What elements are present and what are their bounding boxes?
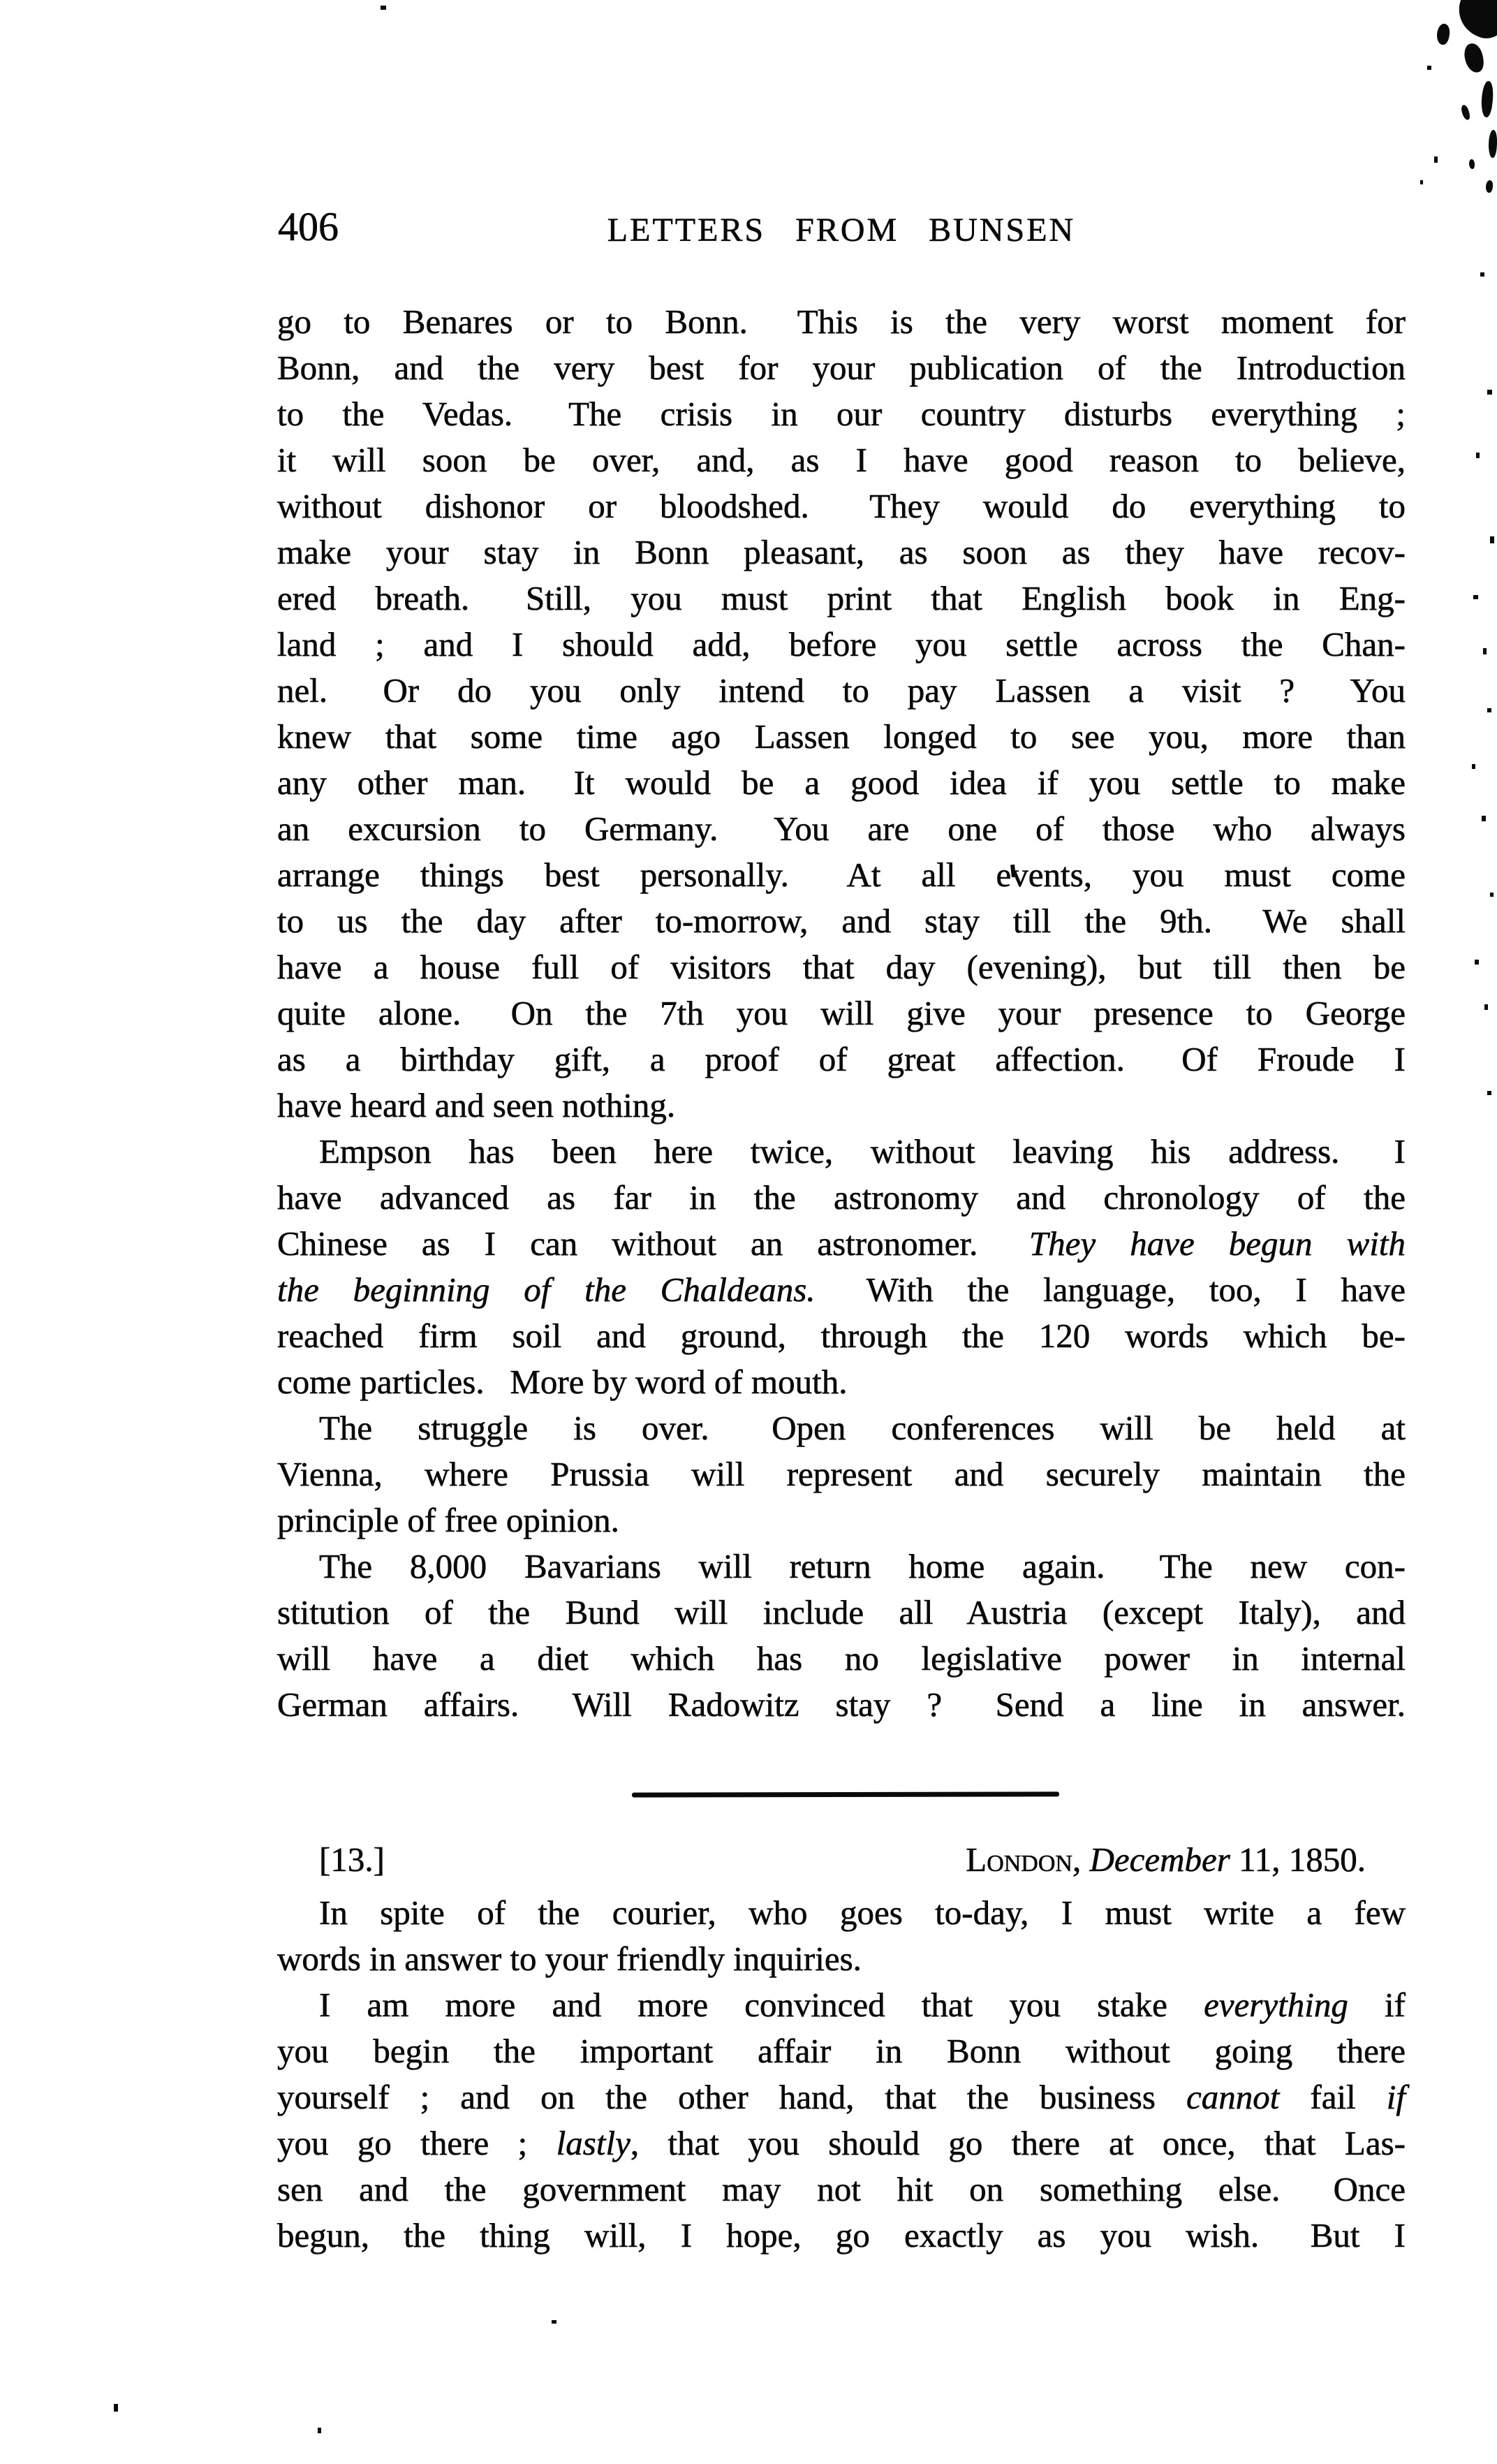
italic-text-run: if	[1387, 2078, 1406, 2116]
letter-number-label: [13.]	[277, 1837, 385, 1883]
text-line: ered breath. Still, you must print that …	[277, 575, 1406, 622]
ink-speck-artifact	[1484, 1004, 1488, 1010]
text-run: will have a diet which has no legislativ…	[277, 1639, 1406, 1678]
text-line: come particles. More by word of mouth.	[277, 1359, 1406, 1405]
text-run: Chinese as I can without an astronomer.	[277, 1224, 1029, 1263]
text-line: make your stay in Bonn pleasant, as soon…	[277, 529, 1406, 575]
text-run: , that you should go there at once, that…	[630, 2124, 1406, 2162]
ink-speck-artifact	[1487, 1091, 1491, 1095]
text-run: if	[1348, 1986, 1406, 2024]
text-line: The struggle is over. Open conferences w…	[277, 1405, 1406, 1451]
italic-text-run: lastly	[556, 2124, 630, 2162]
ink-blot-artifact	[1460, 104, 1470, 121]
ink-speck-artifact	[1434, 156, 1438, 163]
text-line: any other man. It would be a good idea i…	[277, 760, 1406, 806]
text-line: In spite of the courier, who goes to-day…	[277, 1890, 1406, 1936]
text-line: Vienna, where Prussia will represent and…	[277, 1451, 1406, 1497]
italic-text-run: cannot	[1186, 2078, 1279, 2116]
ink-speck-artifact	[381, 6, 386, 10]
text-line: will have a diet which has no legislativ…	[277, 1636, 1406, 1682]
book-page: 406 LETTERS FROM BUNSEN go to Benares or…	[0, 0, 1497, 2464]
italic-text-run: the beginning of the Chaldeans.	[277, 1270, 816, 1309]
text-run: come particles. More by word of mouth.	[277, 1363, 847, 1401]
text-run: to the Vedas. The crisis in our country …	[277, 395, 1406, 433]
text-run: have heard and seen nothing.	[277, 1086, 675, 1124]
text-line: German affairs. Will Radowitz stay ? Sen…	[277, 1682, 1406, 1728]
text-line: Bonn, and the very best for your publica…	[277, 345, 1406, 391]
text-run: With the language, too, I have	[816, 1270, 1406, 1309]
text-line: reached firm soil and ground, through th…	[277, 1313, 1406, 1359]
text-line: yourself ; and on the other hand, that t…	[277, 2074, 1406, 2120]
ink-speck-artifact	[1482, 816, 1486, 821]
text-run: words in answer to your friendly inquiri…	[277, 1939, 862, 1978]
text-run: Bonn, and the very best for your publica…	[277, 349, 1406, 387]
ink-blot-artifact	[1435, 22, 1452, 45]
text-line: quite alone. On the 7th you will give yo…	[277, 990, 1406, 1036]
text-line: arrange things best personally. At all e…	[277, 852, 1406, 898]
running-header: LETTERS FROM BUNSEN	[277, 214, 1406, 247]
text-run: fail	[1279, 2078, 1386, 2116]
ink-speck-artifact	[1475, 960, 1479, 965]
text-run: to us the day after to-morrow, and stay …	[277, 902, 1406, 940]
text-line: without dishonor or bloodshed. They woul…	[277, 483, 1406, 529]
text-run: 11, 1850.	[1230, 1840, 1366, 1879]
text-line: words in answer to your friendly inquiri…	[277, 1936, 1406, 1982]
text-line: as a birthday gift, a proof of great aff…	[277, 1036, 1406, 1083]
text-run: any other man. It would be a good idea i…	[277, 763, 1406, 802]
text-line: principle of free opinion.	[277, 1497, 1406, 1543]
text-run: have a house full of visitors that day (…	[277, 948, 1406, 986]
text-line: have heard and seen nothing.	[277, 1083, 1406, 1129]
ink-blot-artifact	[1488, 130, 1497, 159]
text-line: The 8,000 Bavarians will return home aga…	[277, 1543, 1406, 1590]
text-run: principle of free opinion.	[277, 1501, 619, 1539]
text-run: begun, the thing will, I hope, go exactl…	[277, 2216, 1406, 2254]
text-run: it will soon be over, and, as I have goo…	[277, 441, 1406, 479]
ink-speck-artifact	[1427, 66, 1431, 70]
ink-speck-artifact	[318, 2428, 321, 2433]
text-line: sen and the government may not hit on so…	[277, 2166, 1406, 2213]
ink-blot-artifact	[1450, 0, 1497, 45]
text-line: you begin the important affair in Bonn w…	[277, 2028, 1406, 2074]
text-run: German affairs. Will Radowitz stay ? Sen…	[277, 1685, 1406, 1724]
text-run: an excursion to Germany. You are one of …	[277, 809, 1406, 848]
ink-blot-artifact	[1469, 159, 1475, 169]
text-line: an excursion to Germany. You are one of …	[277, 806, 1406, 852]
text-line: you go there ; lastly, that you should g…	[277, 2120, 1406, 2166]
text-run: I am more and more convinced that you st…	[319, 1986, 1204, 2024]
text-line: Empson has been here twice, without leav…	[277, 1129, 1406, 1175]
text-run: In spite of the courier, who goes to-day…	[319, 1893, 1406, 1932]
ink-speck-artifact	[1420, 180, 1423, 184]
text-line: go to Benares or to Bonn. This is the ve…	[277, 299, 1406, 345]
section-divider-rule	[632, 1791, 1059, 1797]
text-line: the beginning of the Chaldeans. With the…	[277, 1267, 1406, 1313]
ink-speck-artifact	[1487, 390, 1492, 395]
text-run: The struggle is over. Open conferences w…	[319, 1409, 1406, 1447]
text-line: it will soon be over, and, as I have goo…	[277, 437, 1406, 483]
ink-blot-artifact	[1485, 179, 1494, 193]
ink-speck-artifact	[1480, 272, 1484, 277]
text-line: knew that some time ago Lassen longed to…	[277, 714, 1406, 760]
text-line: have a house full of visitors that day (…	[277, 944, 1406, 990]
text-run: knew that some time ago Lassen longed to…	[277, 717, 1406, 756]
text-run: quite alone. On the 7th you will give yo…	[277, 994, 1406, 1032]
text-run: reached firm soil and ground, through th…	[277, 1317, 1406, 1355]
ink-speck-artifact	[1476, 453, 1480, 458]
ink-speck-artifact	[1490, 536, 1494, 543]
text-run: Empson has been here twice, without leav…	[319, 1132, 1406, 1171]
text-run: you go there ;	[277, 2124, 556, 2162]
text-line: to us the day after to-morrow, and stay …	[277, 898, 1406, 944]
ink-blot-artifact	[1463, 42, 1485, 73]
text-run: arrange things best personally. At all e…	[277, 856, 1406, 894]
ink-speck-artifact	[552, 2320, 556, 2324]
text-line: nel. Or do you only intend to pay Lassen…	[277, 668, 1406, 714]
letter-dateline: London, December 11, 1850.	[966, 1837, 1406, 1883]
text-line: have advanced as far in the astronomy an…	[277, 1175, 1406, 1221]
text-run: stitution of the Bund will include all A…	[277, 1593, 1406, 1631]
letter-13-heading: [13.] London, December 11, 1850.	[277, 1837, 1406, 1883]
text-line: I am more and more convinced that you st…	[277, 1982, 1406, 2028]
letter-12-body: go to Benares or to Bonn. This is the ve…	[277, 299, 1406, 1728]
ink-speck-artifact	[1490, 893, 1494, 897]
letter-13-body: In spite of the courier, who goes to-day…	[277, 1890, 1406, 2259]
text-run: nel. Or do you only intend to pay Lassen…	[277, 671, 1406, 710]
text-line: Chinese as I can without an astronomer. …	[277, 1221, 1406, 1267]
ink-speck-artifact	[1487, 708, 1491, 712]
ink-speck-artifact	[114, 2404, 118, 2412]
italic-text-run: They have begun with	[1029, 1224, 1406, 1263]
text-run: Vienna, where Prussia will represent and…	[277, 1455, 1406, 1493]
text-run: make your stay in Bonn pleasant, as soon…	[277, 533, 1406, 571]
text-run: as a birthday gift, a proof of great aff…	[277, 1040, 1406, 1078]
text-line: stitution of the Bund will include all A…	[277, 1590, 1406, 1636]
ink-speck-artifact	[1473, 595, 1478, 599]
ink-blot-artifact	[1480, 80, 1494, 117]
text-run: go to Benares or to Bonn. This is the ve…	[277, 302, 1406, 341]
text-run: have advanced as far in the astronomy an…	[277, 1178, 1406, 1217]
italic-text-run: everything	[1204, 1986, 1348, 2024]
text-run: sen and the government may not hit on so…	[277, 2170, 1406, 2208]
text-run: ered breath. Still, you must print that …	[277, 579, 1406, 617]
text-run: without dishonor or bloodshed. They woul…	[277, 487, 1406, 525]
italic-text-run: December	[1081, 1840, 1230, 1879]
ink-speck-artifact	[1483, 648, 1487, 654]
text-run: you begin the important affair in Bonn w…	[277, 2032, 1406, 2070]
text-line: to the Vedas. The crisis in our country …	[277, 391, 1406, 437]
smallcaps-text-run: London,	[966, 1840, 1081, 1879]
text-run: The 8,000 Bavarians will return home aga…	[319, 1547, 1406, 1585]
text-line: begun, the thing will, I hope, go exactl…	[277, 2213, 1406, 2259]
text-run: land ; and I should add, before you sett…	[277, 625, 1406, 663]
text-line: land ; and I should add, before you sett…	[277, 622, 1406, 668]
text-run: yourself ; and on the other hand, that t…	[277, 2078, 1186, 2116]
ink-speck-artifact	[1472, 764, 1475, 769]
